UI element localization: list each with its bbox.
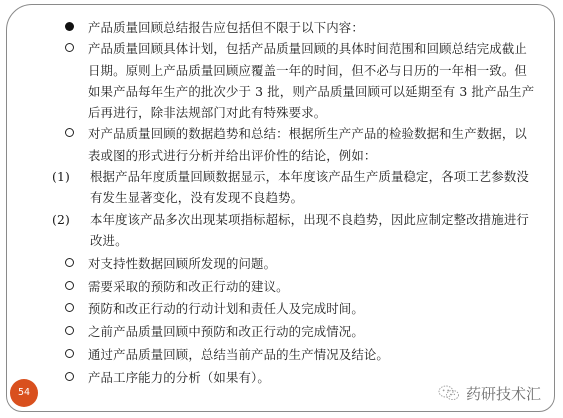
- list-item: 预防和改正行动的行动计划和责任人及完成时间。: [58, 298, 528, 319]
- list-item-text: 表或图的形式进行分析并给出评价性的结论，例如：: [88, 145, 376, 166]
- list-item-text: 根据产品年度质量回顾数据显示，本年度该产品生产质量稳定，各项工艺参数没: [90, 166, 529, 187]
- page-number-badge: 54: [10, 379, 38, 407]
- list-item-text: 日期。原则上产品质量回顾应覆盖一年的时间，但不必与日历的一年相一致。但: [88, 60, 527, 81]
- list-item: 对支持性数据回顾所发现的问题。: [58, 253, 528, 274]
- list-item-text: 对支持性数据回顾所发现的问题。: [88, 253, 276, 274]
- hollow-bullet-icon: [58, 344, 80, 365]
- list-item-continuation: 后再进行，除非法规部门对此有特殊要求。: [58, 102, 528, 123]
- list-item-text: 之前产品质量回顾中预防和改正行动的完成情况。: [88, 321, 364, 342]
- list-item-text: 产品质量回顾总结报告应包括但不限于以下内容：: [88, 17, 364, 38]
- list-item-text: 预防和改正行动的行动计划和责任人及完成时间。: [88, 298, 364, 319]
- hollow-bullet-icon: [58, 298, 80, 319]
- hollow-bullet-icon: [58, 367, 80, 388]
- list-item: 通过产品质量回顾，总结当前产品的生产情况及结论。: [58, 344, 528, 365]
- list-item-text: 对产品质量回顾的数据趋势和总结：根据所生产产品的检验数据和生产数据，以: [88, 123, 527, 144]
- watermark: 药研技术汇: [438, 382, 541, 404]
- hollow-bullet-icon: [58, 38, 80, 59]
- list-item-text: 有发生显著变化，没有发现不良趋势。: [90, 187, 303, 208]
- list-item: 产品质量回顾总结报告应包括但不限于以下内容：: [58, 17, 528, 38]
- numbered-item: (2) 本年度该产品多次出现某项指标超标，出现不良趋势，因此应制定整改措施进行: [58, 209, 528, 230]
- list-item-continuation: 改进。: [58, 230, 528, 251]
- item-number: (1): [52, 166, 88, 187]
- list-item-continuation: 日期。原则上产品质量回顾应覆盖一年的时间，但不必与日历的一年相一致。但: [58, 60, 528, 81]
- list-item-text: 如果产品每年生产的批次少于 3 批，则产品质量回顾可以延期至有 3 批产品生产: [88, 81, 534, 102]
- item-number: (2): [52, 209, 88, 230]
- list-item: 对产品质量回顾的数据趋势和总结：根据所生产产品的检验数据和生产数据，以: [58, 123, 528, 144]
- list-item-text: 产品质量回顾具体计划，包括产品质量回顾的具体时间范围和回顾总结完成截止: [88, 38, 527, 59]
- numbered-item: (1) 根据产品年度质量回顾数据显示，本年度该产品生产质量稳定，各项工艺参数没: [58, 166, 528, 187]
- hollow-bullet-icon: [58, 123, 80, 144]
- list-item-text: 改进。: [90, 230, 128, 251]
- hollow-bullet-icon: [58, 253, 80, 274]
- list-item-text: 需要采取的预防和改正行动的建议。: [88, 276, 289, 297]
- list-item-continuation: 表或图的形式进行分析并给出评价性的结论，例如：: [58, 145, 528, 166]
- list-item-text: 产品工序能力的分析（如果有）。: [88, 367, 270, 388]
- watermark-text: 药研技术汇: [466, 383, 541, 404]
- list-item: 需要采取的预防和改正行动的建议。: [58, 276, 528, 297]
- list-item: 产品质量回顾具体计划，包括产品质量回顾的具体时间范围和回顾总结完成截止: [58, 38, 528, 59]
- hollow-bullet-icon: [58, 276, 80, 297]
- hollow-bullet-icon: [58, 321, 80, 342]
- list-item-text: 本年度该产品多次出现某项指标超标，出现不良趋势，因此应制定整改措施进行: [90, 209, 529, 230]
- list-item: 之前产品质量回顾中预防和改正行动的完成情况。: [58, 321, 528, 342]
- list-item-continuation: 如果产品每年生产的批次少于 3 批，则产品质量回顾可以延期至有 3 批产品生产: [58, 81, 528, 102]
- list-item-text: 通过产品质量回顾，总结当前产品的生产情况及结论。: [88, 344, 389, 365]
- wechat-icon: [438, 385, 460, 401]
- list-item-continuation: 有发生显著变化，没有发现不良趋势。: [58, 187, 528, 208]
- filled-bullet-icon: [58, 17, 80, 38]
- list-item-text: 后再进行，除非法规部门对此有特殊要求。: [88, 102, 326, 123]
- slide-content: 产品质量回顾总结报告应包括但不限于以下内容： 产品质量回顾具体计划，包括产品质量…: [58, 17, 528, 388]
